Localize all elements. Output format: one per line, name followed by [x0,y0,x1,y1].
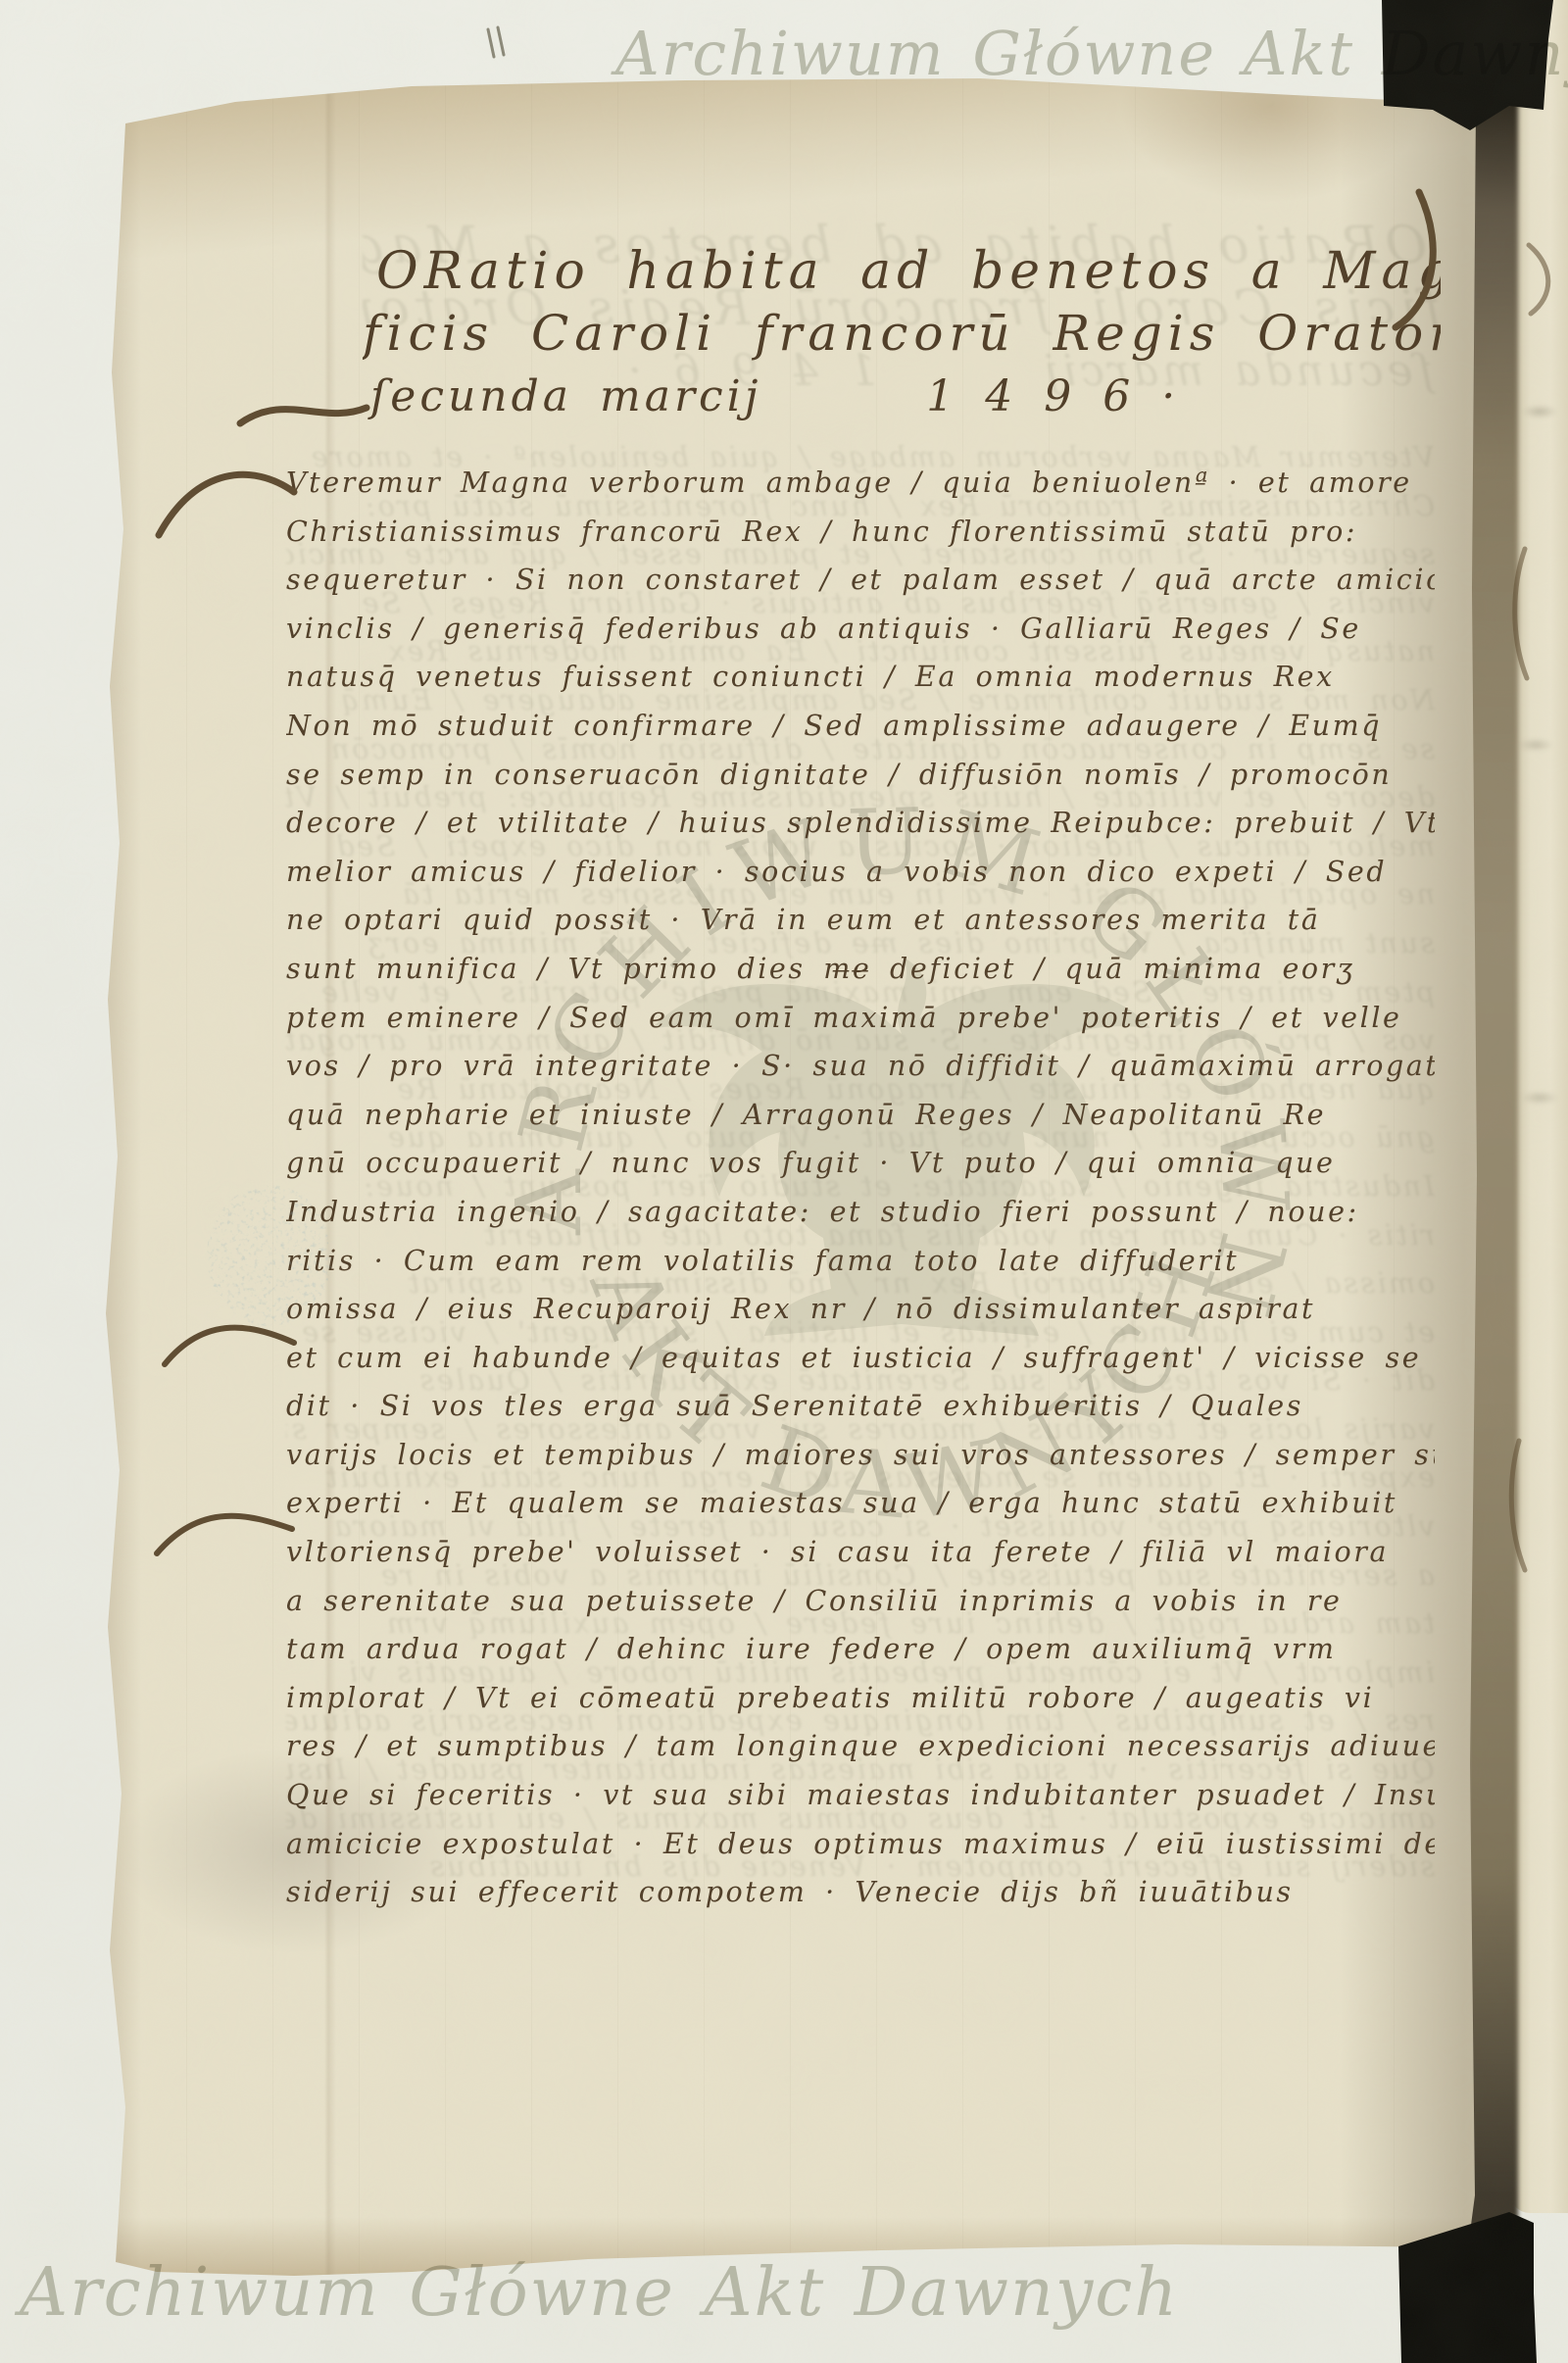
paper-grain-overlay [0,0,1568,2363]
manuscript-scan: ARCHIWUM GŁÓWNE AKT DAWNYCH ORatio habit… [0,0,1568,2363]
